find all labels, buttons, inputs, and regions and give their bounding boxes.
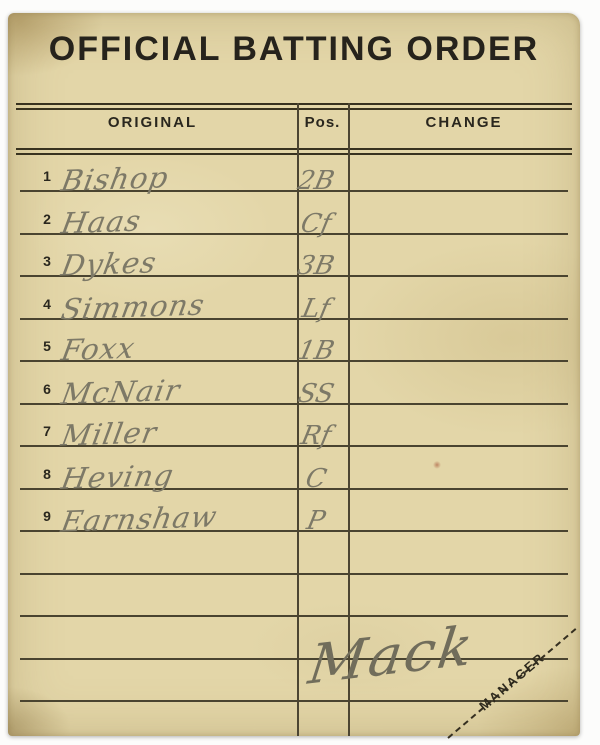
double-rule-top-a xyxy=(16,103,572,105)
batting-number: 3 xyxy=(38,253,56,269)
manager-label: MANAGER xyxy=(468,642,557,721)
batting-number: 9 xyxy=(38,508,56,524)
batting-number: 6 xyxy=(38,381,56,397)
column-header-change: CHANGE xyxy=(348,114,580,131)
manager-signature: Mack xyxy=(305,613,478,696)
row-rule xyxy=(20,615,568,617)
batting-number: 2 xyxy=(38,211,56,227)
batting-row-3: 3 Dykes 3B xyxy=(8,233,580,276)
batting-number: 1 xyxy=(38,168,56,184)
batting-row-1: 1 Bishop 2B xyxy=(8,148,580,191)
batting-order-card: OFFICIAL BATTING ORDER ORIGINAL Pos. CHA… xyxy=(8,13,580,736)
row-rule xyxy=(20,573,568,575)
card-title: OFFICIAL BATTING ORDER xyxy=(8,30,580,69)
column-header-pos: Pos. xyxy=(297,114,348,131)
batting-row-7: 7 Miller Rf xyxy=(8,403,580,446)
batting-row-6: 6 McNair SS xyxy=(8,361,580,404)
batting-row-4: 4 Simmons Lf xyxy=(8,276,580,319)
batting-number: 4 xyxy=(38,296,56,312)
double-rule-top-b xyxy=(16,108,572,110)
batting-row-2: 2 Haas Cf xyxy=(8,191,580,234)
batting-row-5: 5 Foxx 1B xyxy=(8,318,580,361)
column-header-original: ORIGINAL xyxy=(8,114,297,131)
batting-number: 8 xyxy=(38,466,56,482)
player-position: P xyxy=(283,506,349,536)
batting-row-9: 9 Earnshaw P xyxy=(8,488,580,531)
batting-number: 5 xyxy=(38,338,56,354)
row-rule xyxy=(20,658,568,660)
player-name: Earnshaw xyxy=(58,499,220,538)
batting-number: 7 xyxy=(38,423,56,439)
batting-row-8: 8 Heving C xyxy=(8,446,580,489)
